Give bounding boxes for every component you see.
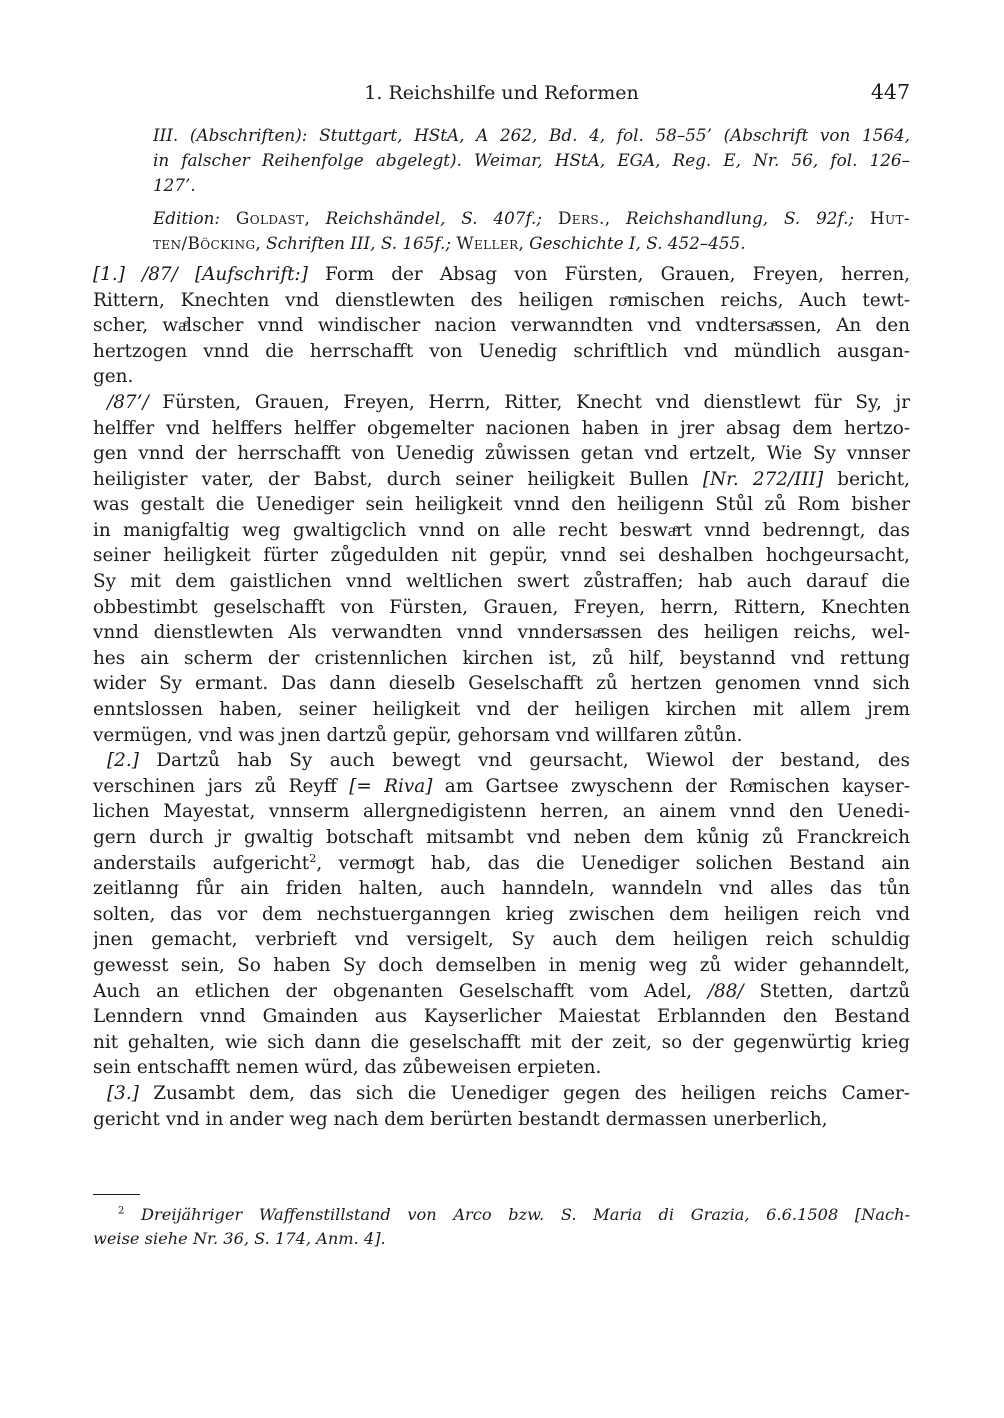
text-line: verschinen jars zů Reyff [= Riva] am Gar… [93, 774, 910, 800]
paragraph: [3.] Zusambt dem, das sich die Uenediger… [93, 1081, 910, 1132]
text-line: obbestimbt geselschafft von Fürsten, Gra… [93, 595, 910, 621]
text-line: jnen gemacht, verbrieft vnd versigelt, S… [93, 927, 910, 953]
text-line: vermügen, vnd was jnen dartzů gepür, geh… [93, 723, 910, 749]
text-line: nit gehalten, wie sich dann die geselsch… [93, 1030, 910, 1056]
paragraph: [2.] Dartzů hab Sy auch bewegt vnd geurs… [93, 748, 910, 1081]
text-line: gericht vnd in ander weg nach dem berürt… [93, 1107, 910, 1133]
text-line: hes ain scherm der cristennlichen kirche… [93, 646, 910, 672]
apparatus-edition: Edition: Goldast, Reichshändel, S. 407f.… [153, 206, 910, 256]
text-line: wider Sy ermant. Das dann dieselb Gesels… [93, 671, 910, 697]
running-header-title: 1. Reichshilfe und Reformen [364, 82, 638, 104]
text-line: Auch an etlichen der obgenanten Geselsch… [93, 979, 910, 1005]
text-line: gewesst sein, So haben Sy doch demselben… [93, 953, 910, 979]
text-line: heiligister vater, der Babst, durch sein… [93, 467, 910, 493]
running-header: 1. Reichshilfe und Reformen 447 [93, 80, 910, 106]
text-line: [3.] Zusambt dem, das sich die Uenediger… [93, 1081, 910, 1107]
book-page: 1. Reichshilfe und Reformen 447 III. (Ab… [0, 0, 1004, 1418]
footnote-separator [93, 1194, 140, 1195]
text-line: Edition: Goldast, Reichshändel, S. 407f.… [153, 206, 910, 231]
text-line: sein entschafft nemen würd, das zůbeweis… [93, 1055, 910, 1081]
text-line: vnnd dienstlewten Als verwandten vnnd vn… [93, 620, 910, 646]
text-line: 2 Dreijähriger Waffenstillstand von Arco… [93, 1203, 910, 1227]
paragraph: /87’/ Fürsten, Grauen, Freyen, Herrn, Ri… [93, 390, 910, 748]
text-line: gern durch jr gwaltig botschaft mitsambt… [93, 825, 910, 851]
text-line: scher, waͤlscher vnnd windischer nacion … [93, 313, 910, 339]
text-line: gen vnnd der herrschafft von Uenedig zůw… [93, 441, 910, 467]
paragraph: [1.] /87/ [Aufschrift:] Form der Absag v… [93, 262, 910, 390]
text-line: was gestalt die Uenediger sein heiligkei… [93, 492, 910, 518]
text-line: seiner heiligkeit fürter zůgedulden nit … [93, 543, 910, 569]
text-line: helffer vnd helffers helffer obgemelter … [93, 416, 910, 442]
apparatus-manuscripts: III. (Abschriften): Stuttgart, HStA, A 2… [153, 123, 910, 199]
body-text: [1.] /87/ [Aufschrift:] Form der Absag v… [93, 262, 910, 1132]
text-line: ten/Böcking, Schriften III, S. 165f.; We… [153, 231, 910, 256]
footnote: 2 Dreijähriger Waffenstillstand von Arco… [93, 1203, 910, 1251]
text-line: [1.] /87/ [Aufschrift:] Form der Absag v… [93, 262, 910, 288]
text-line: in manigfaltig weg gwaltigclich vnnd on … [93, 518, 910, 544]
text-line: [2.] Dartzů hab Sy auch bewegt vnd geurs… [93, 748, 910, 774]
text-line: /87’/ Fürsten, Grauen, Freyen, Herrn, Ri… [93, 390, 910, 416]
text-line: Sy mit dem gaistlichen vnnd weltlichen s… [93, 569, 910, 595]
text-line: weise siehe Nr. 36, S. 174, Anm. 4]. [93, 1227, 910, 1251]
text-line: enntslossen haben, seiner heiligkeit vnd… [93, 697, 910, 723]
text-line: III. (Abschriften): Stuttgart, HStA, A 2… [153, 123, 910, 148]
text-line: Rittern, Knechten vnd dienstlewten des h… [93, 288, 910, 314]
text-line: zeitlanng fůr ain friden halten, auch ha… [93, 876, 910, 902]
text-line: solten, das vor dem nechstuerganngen kri… [93, 902, 910, 928]
text-line: lichen Mayestat, vnnserm allergnedigiste… [93, 799, 910, 825]
page-number: 447 [871, 79, 910, 105]
text-line: Lenndern vnnd Gmainden aus Kayserlicher … [93, 1004, 910, 1030]
text-line: anderstails aufgericht2, vermoͤgt hab, d… [93, 851, 910, 877]
text-line: in falscher Reihenfolge abgelegt). Weima… [153, 148, 910, 173]
text-line: hertzogen vnnd die herrschafft von Uened… [93, 339, 910, 365]
text-line: gen. [93, 364, 910, 390]
text-line: 127’. [153, 173, 910, 198]
